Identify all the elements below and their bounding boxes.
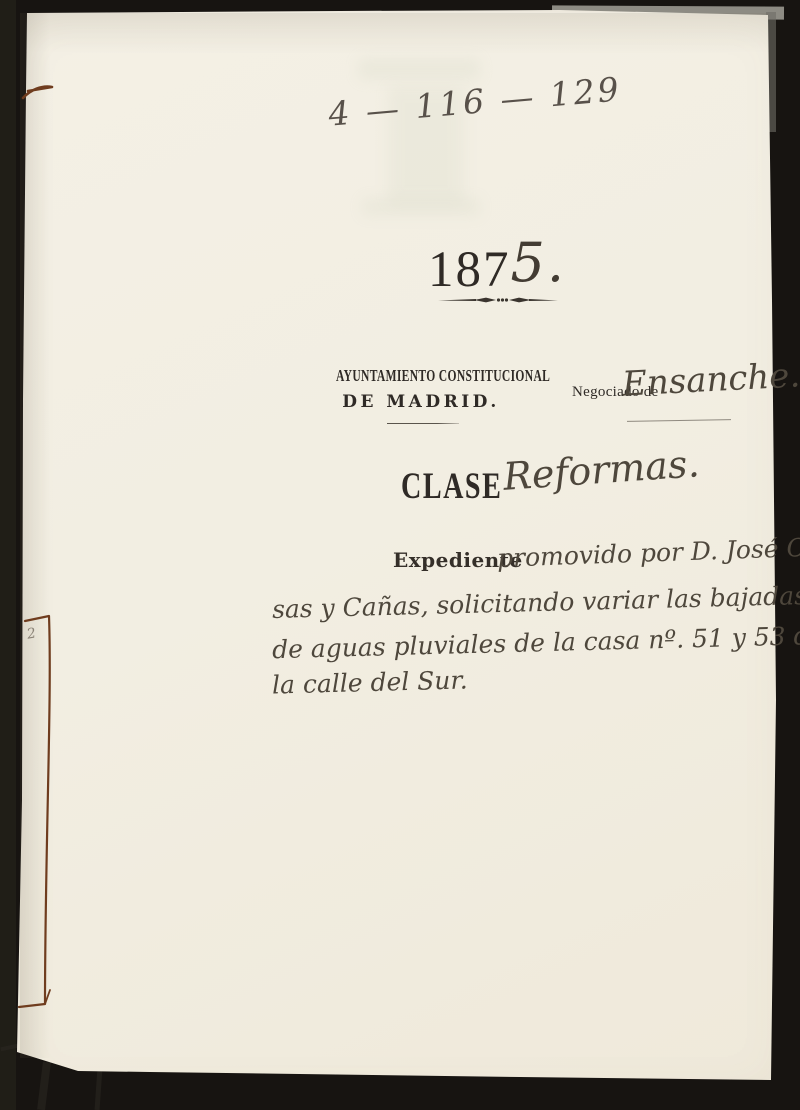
negociado-value-handwritten: Ensanche. xyxy=(621,355,800,404)
paper-left-shadow xyxy=(20,13,50,1058)
verso-showthrough xyxy=(362,198,480,216)
year-handwritten-digit: 5. xyxy=(510,231,566,294)
clase-label: CLASE xyxy=(401,465,502,508)
book-spine-shadow xyxy=(0,0,16,1110)
cover-texture-streak xyxy=(95,1068,103,1110)
divider-flourish-icon xyxy=(438,294,558,306)
year-heading: 1875. xyxy=(397,236,597,299)
institution-underline xyxy=(387,423,459,424)
paper-top-shadow xyxy=(27,13,768,53)
institution-name-line2: DE MADRID. xyxy=(296,392,546,412)
institution-name-line1: AYUNTAMIENTO CONSTITUCIONAL xyxy=(336,366,506,386)
year-printed-digits: 187 xyxy=(428,242,511,298)
expediente-text-line4: la calle del Sur. xyxy=(272,665,468,699)
cover-texture-streak xyxy=(37,1062,51,1110)
institution-header: AYUNTAMIENTO CONSTITUCIONAL DE MADRID. xyxy=(296,366,546,412)
verso-showthrough xyxy=(358,58,480,80)
scanned-document-page: 4 — 116 — 129 1875. AYUNTAMIENTO CONSTIT… xyxy=(0,0,800,1110)
